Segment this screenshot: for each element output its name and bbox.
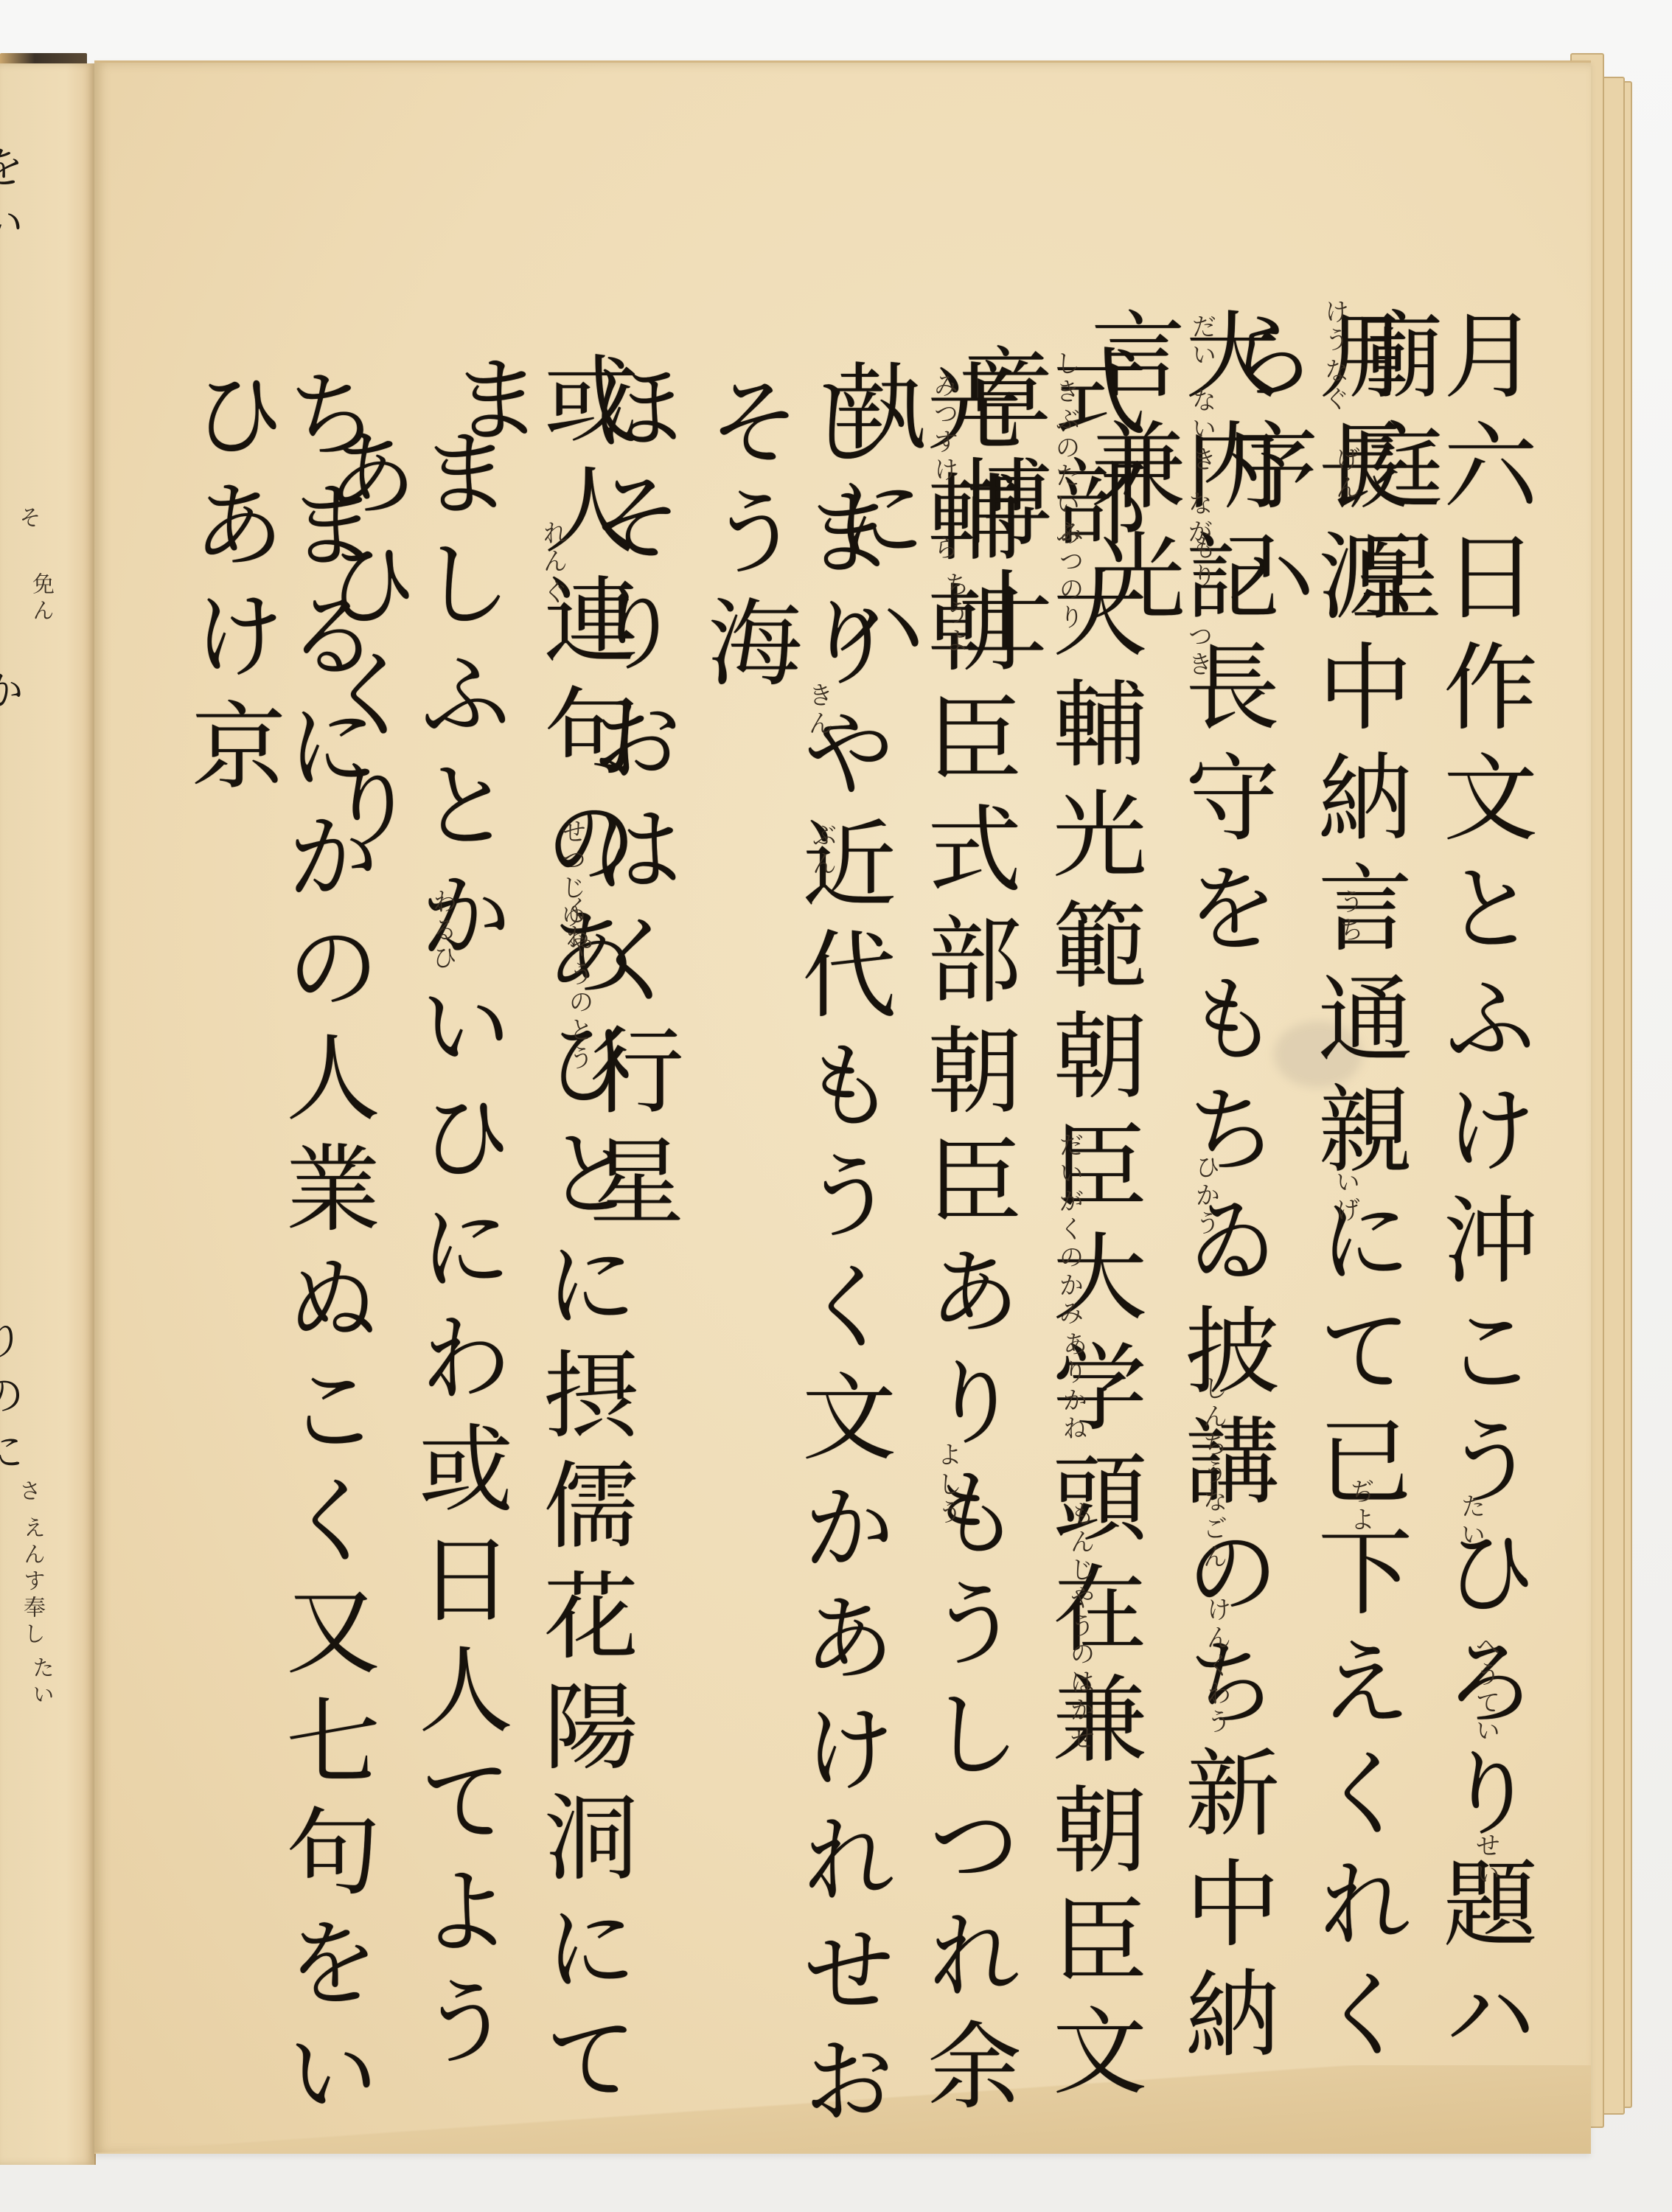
left-page-fragment: をい bbox=[0, 145, 21, 257]
furigana: けんくわう bbox=[1204, 1596, 1229, 1736]
manuscript-page: 月六日作文とふけ沖こうひろり題ハ廟庭呈 たい へうてい せい 月長源中納言通親に… bbox=[94, 60, 1591, 2154]
furigana: ぐ bbox=[540, 579, 565, 607]
furigana: わるひ bbox=[430, 888, 455, 973]
furigana: けう bbox=[1322, 299, 1347, 355]
left-page-fragment: えんす奉し bbox=[21, 1516, 43, 1649]
left-page-fragment: 免ん bbox=[29, 572, 52, 625]
furigana: ぢよ bbox=[1348, 1478, 1373, 1534]
furigana: へうてい bbox=[1473, 1633, 1498, 1745]
furigana: たい bbox=[1458, 1493, 1483, 1549]
furigana: れん bbox=[540, 520, 565, 576]
furigana: みつすけ bbox=[931, 372, 956, 484]
furigana: うち bbox=[1337, 888, 1362, 945]
furigana: せい bbox=[1473, 1832, 1498, 1888]
furigana: きん bbox=[806, 682, 831, 738]
furigana: いげ bbox=[1333, 1169, 1358, 1225]
left-page-fragment: りのに bbox=[0, 1317, 21, 1485]
text-column-10: ちまるにかの人業ぬこく又七句をいひあけ京 bbox=[183, 365, 372, 2154]
furigana: もんじやうのはかせ bbox=[1067, 1500, 1093, 1753]
furigana: ひかう bbox=[1193, 1154, 1218, 1238]
furigana: ちうよ bbox=[942, 571, 967, 655]
furigana: みつのり bbox=[1056, 520, 1081, 632]
furigana: だい bbox=[1189, 313, 1214, 369]
furigana: だいがくのかみ bbox=[1056, 1132, 1081, 1328]
furigana: やうのとう bbox=[566, 933, 591, 1073]
left-page-fragment: たい bbox=[29, 1656, 52, 1709]
furigana: き bbox=[1189, 446, 1214, 474]
left-page-sliver: をい か りのに そ 免ん さ えんす奉し たい bbox=[0, 63, 96, 2165]
furigana: ら bbox=[931, 535, 956, 563]
text-column-6: しまりや近代もうく文かあけれせおそう海 bbox=[699, 372, 888, 2154]
left-page-fragment: さ bbox=[16, 1479, 38, 1506]
furigana: なぐ bbox=[1322, 358, 1347, 414]
furigana: ぶん bbox=[809, 822, 835, 878]
furigana: つき bbox=[1185, 623, 1211, 679]
furigana: しきぶのたいふ bbox=[1053, 350, 1078, 546]
furigana: よ bbox=[935, 1441, 960, 1470]
furigana: げん bbox=[1333, 446, 1358, 502]
furigana: しう bbox=[935, 1471, 960, 1527]
furigana: ありかね bbox=[1060, 1331, 1085, 1443]
furigana: しんちうなごん bbox=[1200, 1375, 1225, 1571]
left-page-fragment: か bbox=[0, 668, 21, 724]
left-page-fragment: そ bbox=[16, 506, 38, 532]
furigana: もり bbox=[1189, 535, 1214, 591]
furigana: ない bbox=[1189, 387, 1214, 443]
